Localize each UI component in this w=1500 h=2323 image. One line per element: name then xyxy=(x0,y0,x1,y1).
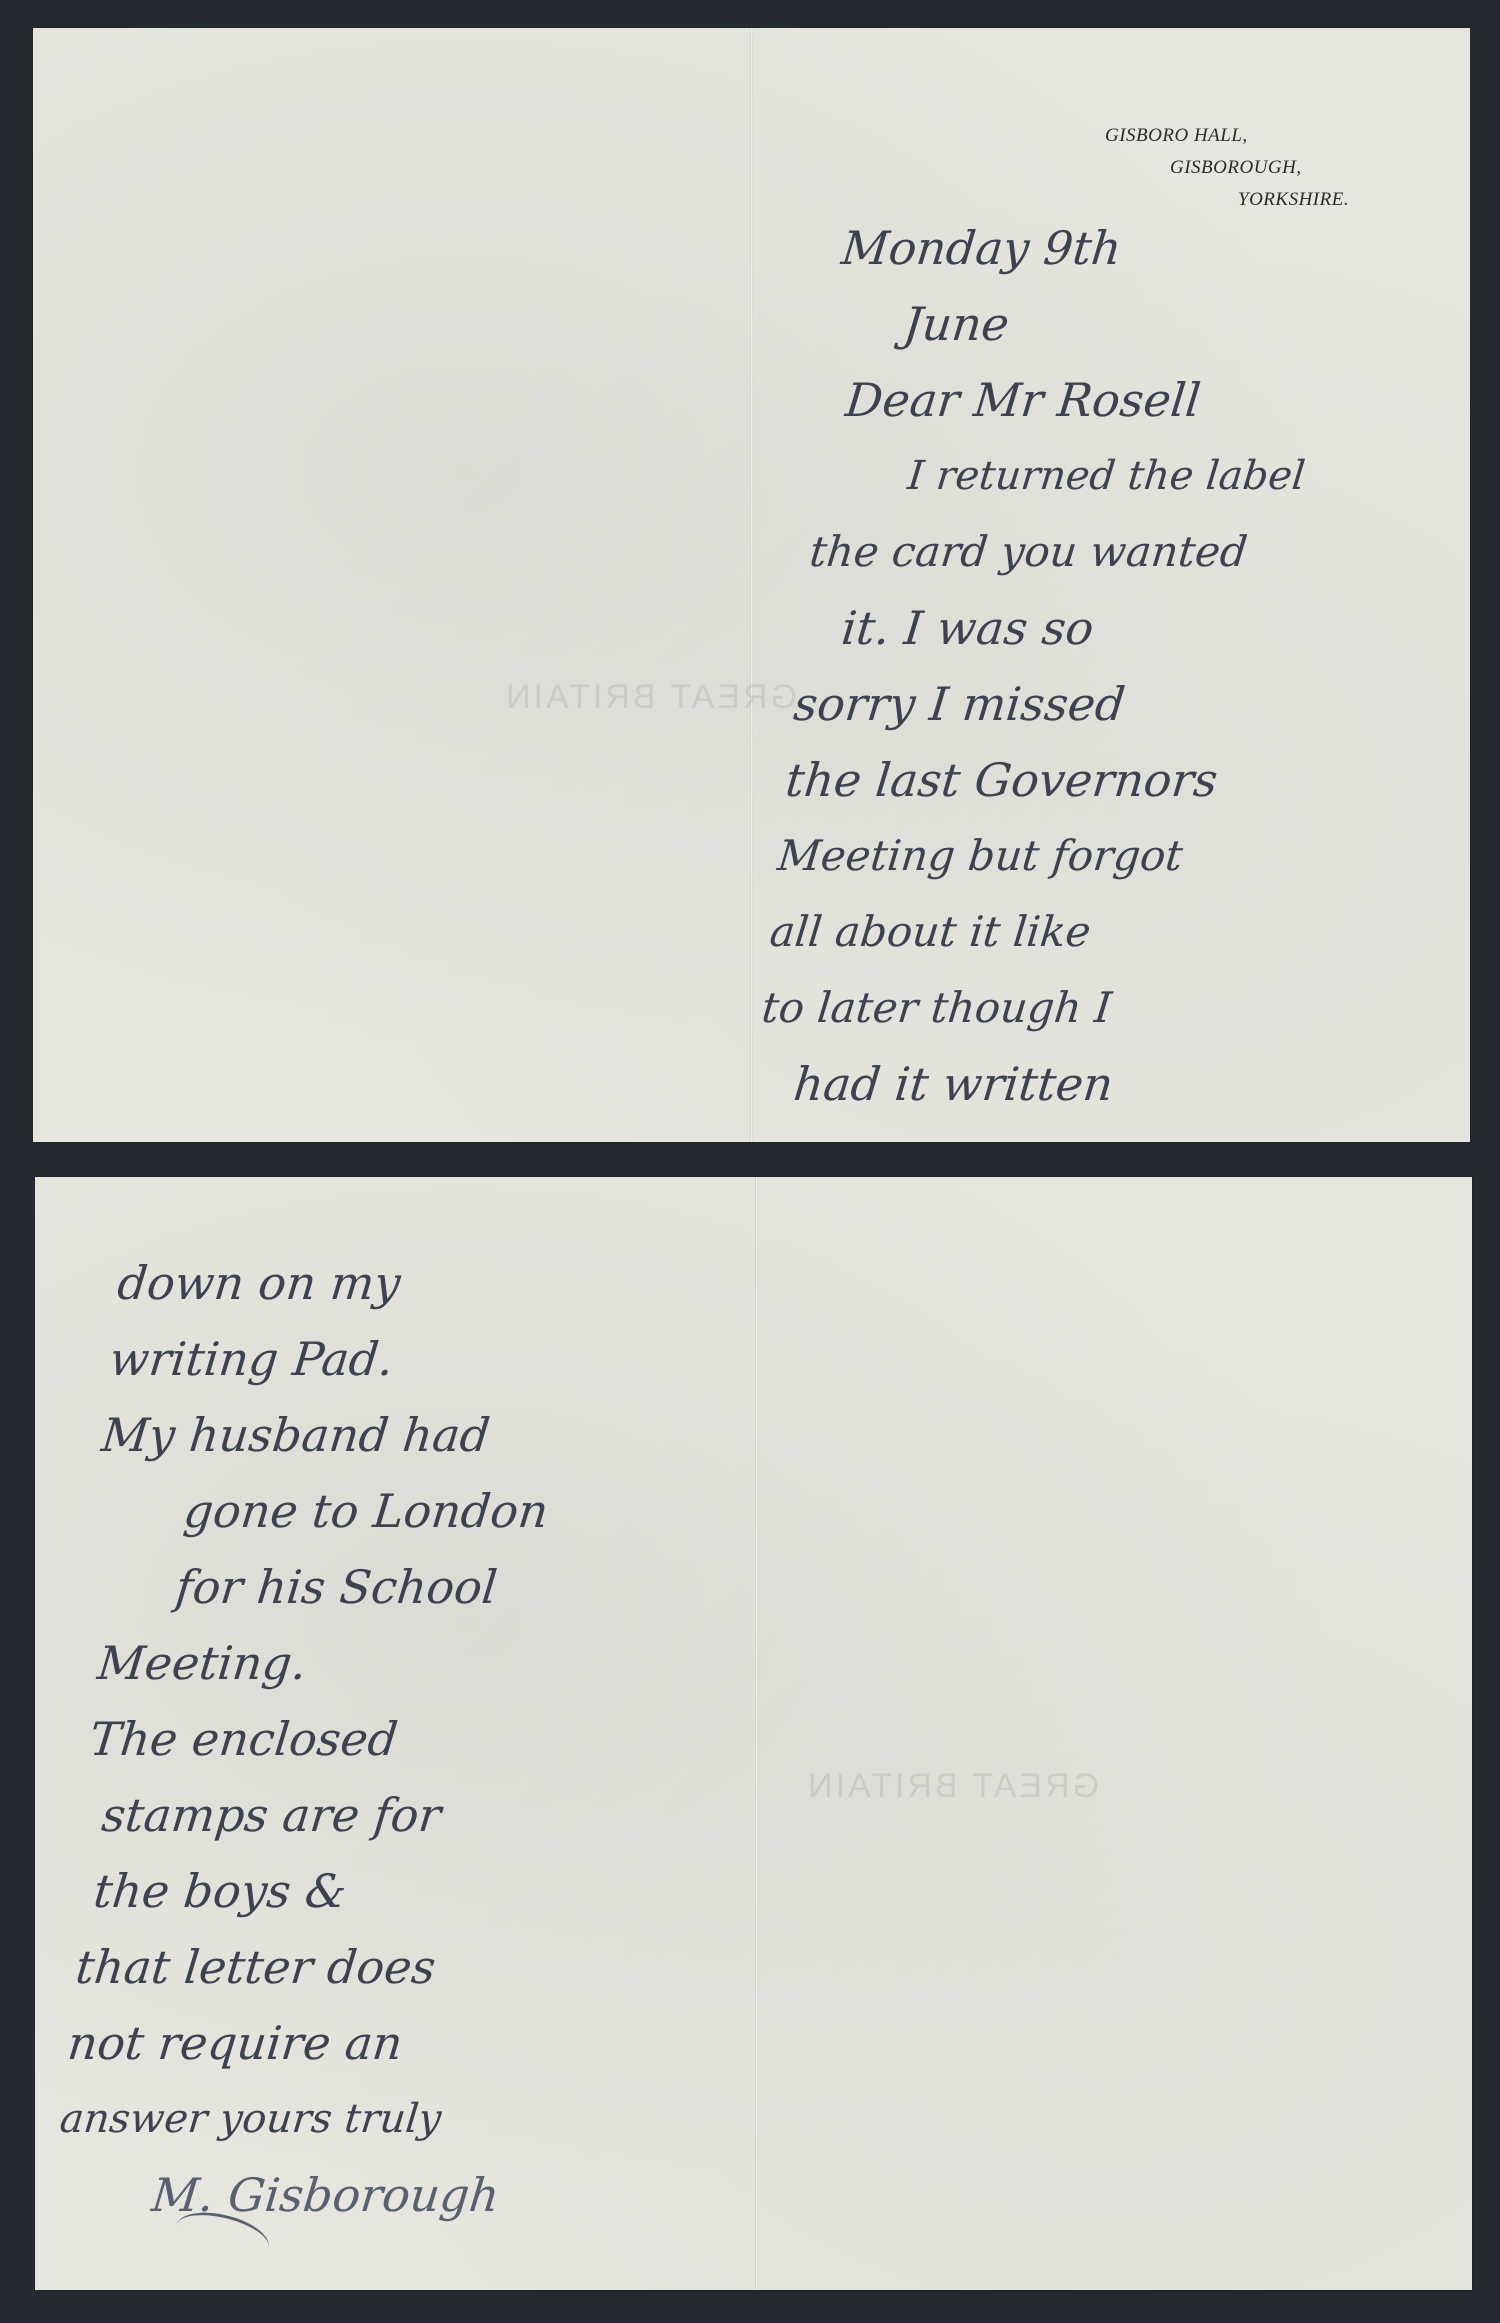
hand-line: down on my xyxy=(114,1245,599,1321)
handwriting-page-1: Monday 9th June Dear Mr Rosell I returne… xyxy=(750,210,1333,1122)
hand-line: all about it like xyxy=(766,894,1261,970)
hand-line: The enclosed xyxy=(66,1701,551,1777)
hand-line: that letter does xyxy=(42,1929,527,2005)
fold-line xyxy=(755,1177,758,2290)
hand-line: to later though I xyxy=(758,970,1253,1046)
hand-line: Meeting but forgot xyxy=(774,818,1269,894)
hand-line: gone to London xyxy=(90,1473,575,1549)
hand-line: writing Pad. xyxy=(106,1321,591,1397)
hand-line: Meeting. xyxy=(74,1625,559,1701)
show-through-text: GREAT BRITAIN xyxy=(805,1767,1099,1806)
hand-line: had it written xyxy=(750,1046,1245,1122)
letterhead: GISBORO HALL, GISBOROUGH, YORKSHIRE. xyxy=(1080,120,1460,216)
hand-line: not require an xyxy=(34,2005,519,2081)
hand-line: it. I was so xyxy=(798,590,1293,666)
fold-line xyxy=(750,28,753,1142)
letterhead-line-1: GISBORO HALL, xyxy=(1080,120,1460,152)
hand-line: My husband had xyxy=(98,1397,583,1473)
hand-line: I returned the label xyxy=(814,438,1309,514)
show-through-text: GREAT BRITAIN xyxy=(503,678,797,717)
hand-line: stamps are for xyxy=(58,1777,543,1853)
signature: M. Gisborough xyxy=(18,2157,503,2233)
hand-line: the last Governors xyxy=(782,742,1277,818)
hand-line: answer yours truly xyxy=(26,2081,511,2157)
letterhead-line-2: GISBOROUGH, xyxy=(1080,152,1460,184)
hand-line: for his School xyxy=(82,1549,567,1625)
hand-line: the card you wanted xyxy=(806,514,1301,590)
hand-line: sorry I missed xyxy=(790,666,1285,742)
hand-line: the boys & xyxy=(50,1853,535,1929)
hand-line: June xyxy=(830,286,1325,362)
hand-line: Dear Mr Rosell xyxy=(822,362,1317,438)
hand-line: Monday 9th xyxy=(838,210,1333,286)
